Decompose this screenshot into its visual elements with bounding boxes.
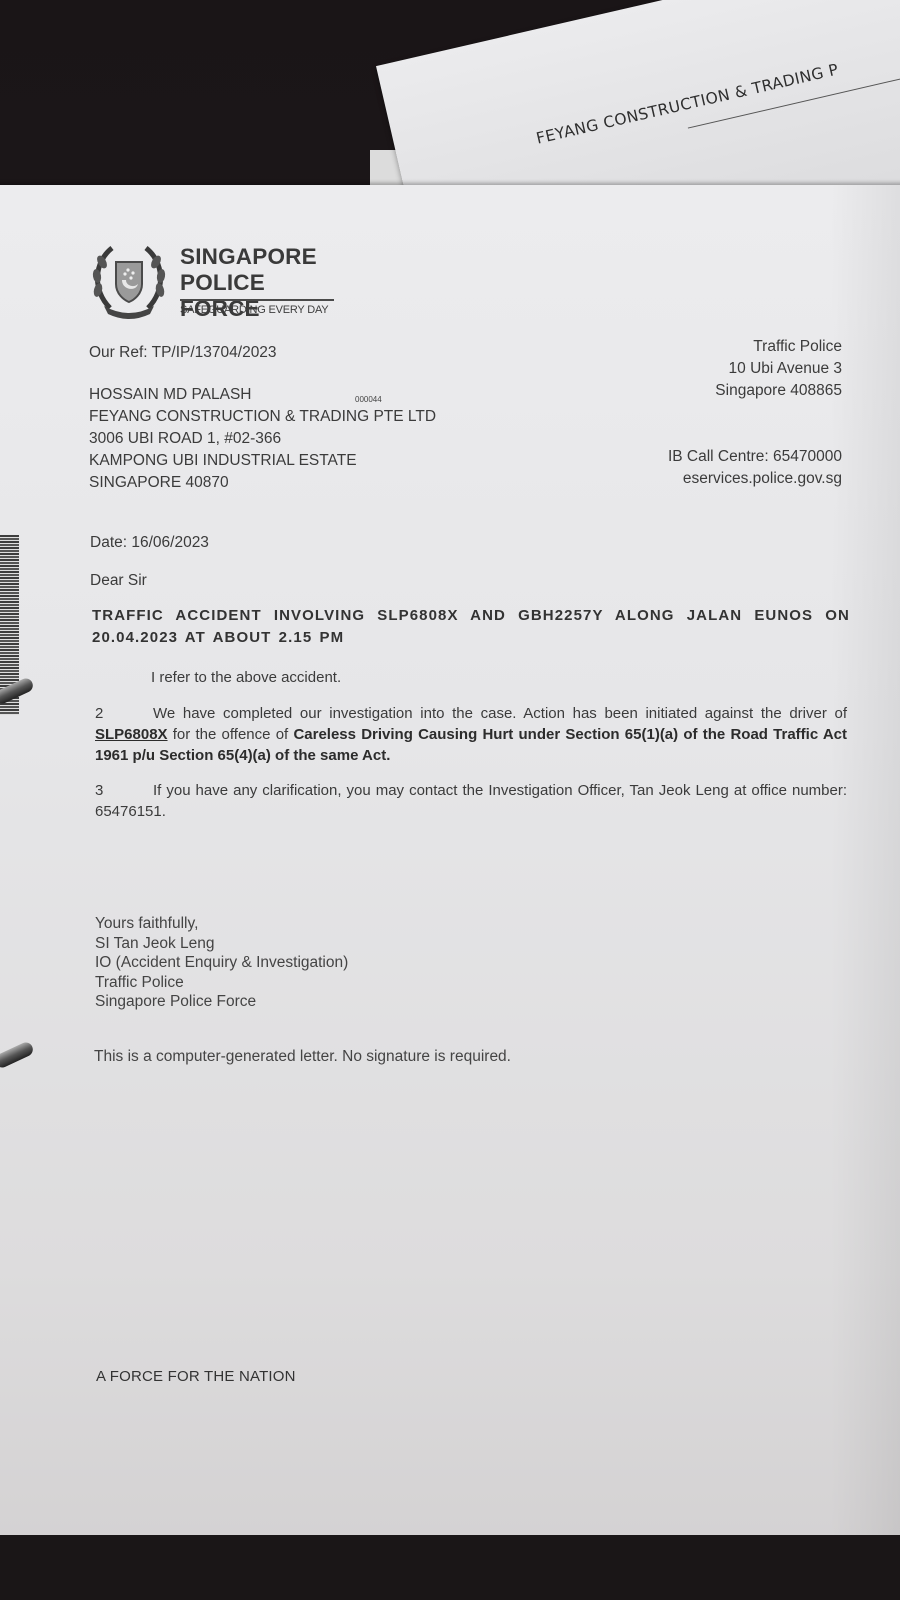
signature-block: Yours faithfully, SI Tan Jeok Leng IO (A… bbox=[95, 914, 348, 1012]
recipient-address-line: SINGAPORE 40870 bbox=[89, 472, 436, 494]
mail-code: 000044 bbox=[355, 395, 382, 405]
sender-address: Traffic Police 10 Ubi Avenue 3 Singapore… bbox=[715, 336, 842, 402]
sender-address-line: Singapore 408865 bbox=[715, 380, 842, 402]
sender-department: Traffic Police bbox=[715, 336, 842, 358]
sender-contact: IB Call Centre: 65470000 eservices.polic… bbox=[668, 446, 842, 490]
officer-organisation: Singapore Police Force bbox=[95, 992, 348, 1012]
background-sheet-heading: FEYANG CONSTRUCTION & TRADING P bbox=[534, 60, 840, 147]
salutation: Dear Sir bbox=[90, 570, 147, 592]
sender-address-line: 10 Ubi Avenue 3 bbox=[715, 358, 842, 380]
closing-line: Yours faithfully, bbox=[95, 914, 348, 934]
paragraph-1: I refer to the above accident. bbox=[151, 667, 751, 688]
police-crest-icon bbox=[88, 240, 170, 322]
call-centre: IB Call Centre: 65470000 bbox=[668, 446, 842, 468]
spf-logo: SINGAPORE POLICE FORCE SAFEGUARDING EVER… bbox=[88, 240, 348, 320]
org-tagline: SAFEGUARDING EVERY DAY bbox=[180, 304, 328, 316]
recipient-address: HOSSAIN MD PALASH FEYANG CONSTRUCTION & … bbox=[89, 384, 436, 494]
paragraph-3: 3If you have any clarification, you may … bbox=[95, 780, 847, 822]
recipient-company: FEYANG CONSTRUCTION & TRADING PTE LTD bbox=[89, 406, 436, 428]
dark-surface-bottom bbox=[0, 1535, 900, 1600]
reference-number: Our Ref: TP/IP/13704/2023 bbox=[89, 342, 277, 364]
officer-title: IO (Accident Enquiry & Investigation) bbox=[95, 953, 348, 973]
website-link[interactable]: eservices.police.gov.sg bbox=[668, 468, 842, 490]
officer-department: Traffic Police bbox=[95, 973, 348, 993]
officer-name: SI Tan Jeok Leng bbox=[95, 934, 348, 954]
footer-motto: A FORCE FOR THE NATION bbox=[96, 1368, 296, 1385]
vehicle-number: SLP6808X bbox=[95, 726, 168, 743]
recipient-name: HOSSAIN MD PALASH bbox=[89, 384, 436, 406]
paragraph-number: 3 bbox=[95, 780, 153, 801]
paragraph-2: 2We have completed our investigation int… bbox=[95, 703, 847, 766]
recipient-address-line: KAMPONG UBI INDUSTRIAL ESTATE bbox=[89, 450, 436, 472]
logo-divider bbox=[180, 299, 334, 301]
computer-generated-note: This is a computer-generated letter. No … bbox=[94, 1048, 511, 1066]
subject-heading: TRAFFIC ACCIDENT INVOLVING SLP6808X AND … bbox=[92, 605, 850, 649]
paragraph-number: 2 bbox=[95, 703, 153, 724]
recipient-address-line: 3006 UBI ROAD 1, #02-366 bbox=[89, 428, 436, 450]
letter-date: Date: 16/06/2023 bbox=[90, 532, 209, 554]
